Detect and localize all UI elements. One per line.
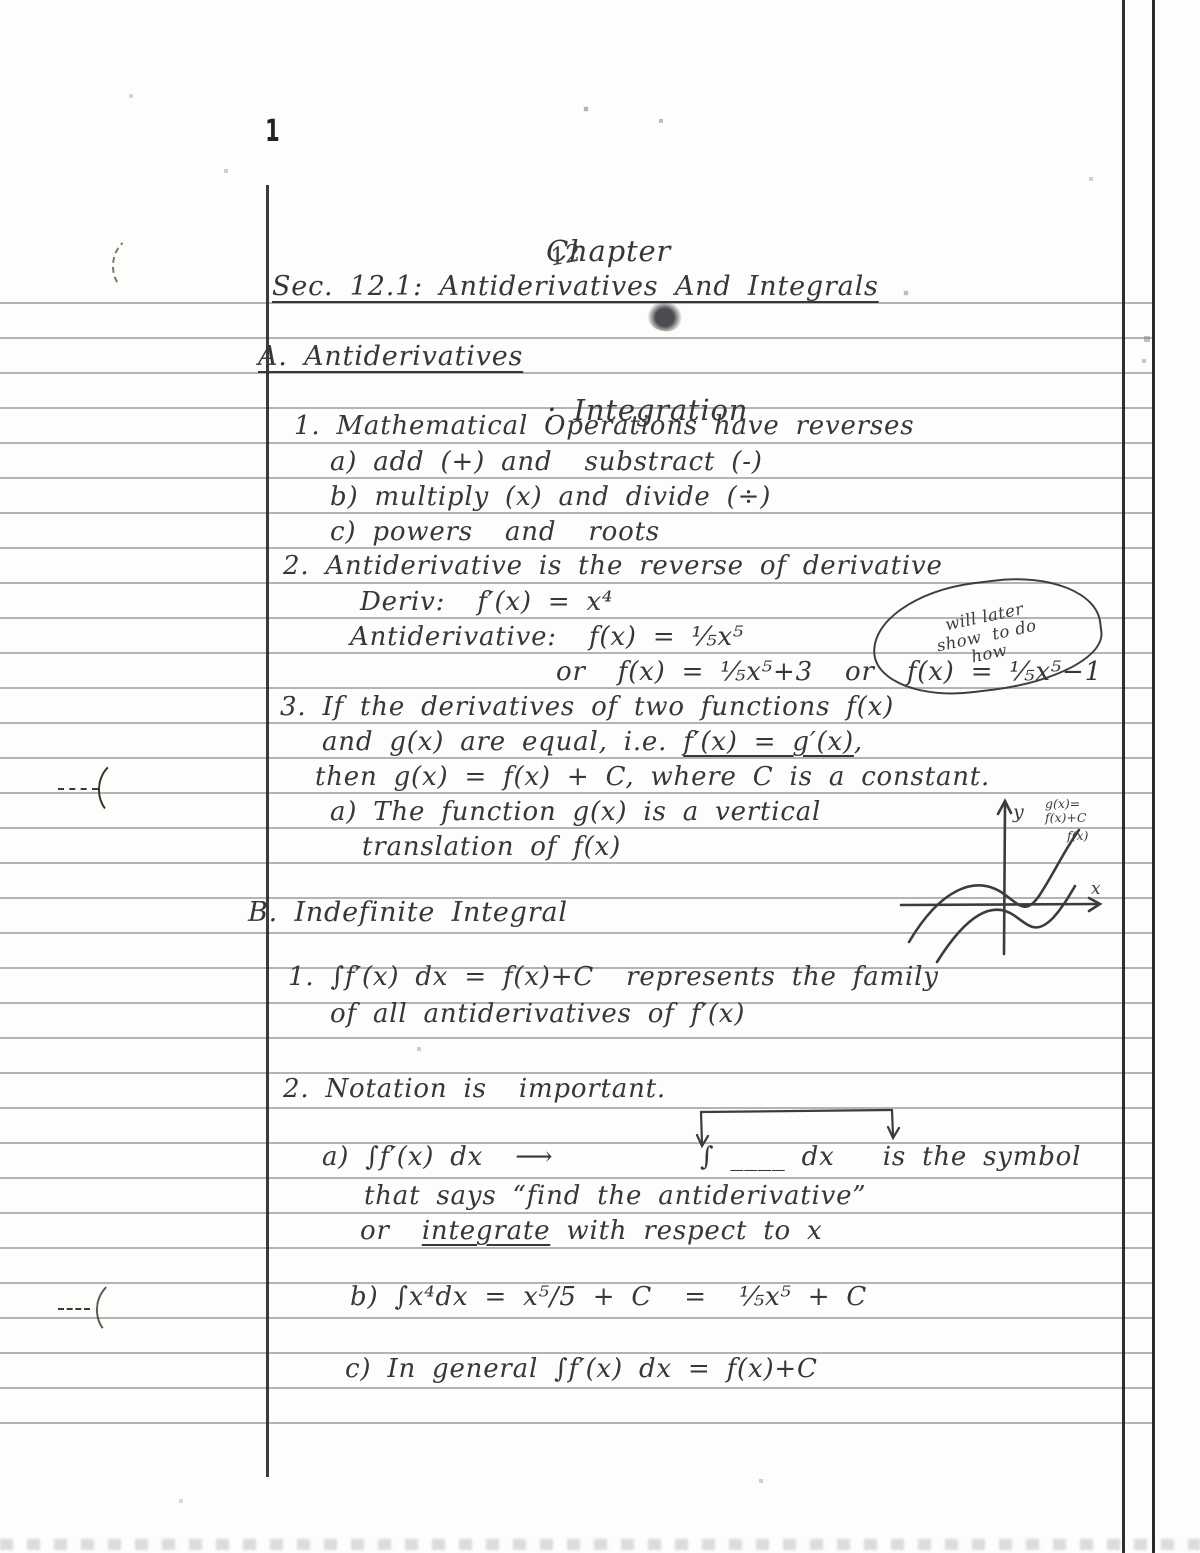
note-line: a) The function g(x) is a vertical [330, 798, 821, 827]
note-line: a) add (+) and substract (-) [330, 448, 763, 477]
bracket-annotation [694, 1104, 914, 1148]
curve-g-label-1: g(x)= [1045, 796, 1080, 811]
note-line: c) powers and roots [330, 518, 660, 547]
y-axis [1004, 804, 1005, 954]
punch-hole-bottom [94, 1278, 147, 1340]
heading-a-antiderivatives: A. Antiderivatives [258, 342, 523, 372]
page-number: 1 [265, 114, 280, 149]
note-line: a) ∫f′(x) dx ⟶ [322, 1143, 553, 1172]
punch-hole-middle [96, 758, 148, 819]
y-axis-label: y [1012, 801, 1024, 823]
note-line: 1. ∫f′(x) dx = f(x)+C represents the fam… [288, 963, 939, 992]
note-line-post: with respect to x [550, 1216, 822, 1246]
note-line: Antiderivative: f(x) = ⅕x⁵ [350, 623, 744, 652]
note-line: and g(x) are equal, i.e. f′(x) = g′(x), [322, 728, 863, 757]
note-line: 2. Notation is important. [283, 1075, 666, 1104]
note-line: c) In general ∫f′(x) dx = f(x)+C [345, 1355, 818, 1384]
heading-b-indefinite-integral: B. Indefinite Integral [248, 898, 568, 928]
note-line-underlined: integrate [422, 1216, 551, 1246]
curve-f [937, 886, 1075, 962]
note-line-post: , [854, 727, 863, 757]
note-line: b) ∫x⁴dx = x⁵/5 + C = ⅕x⁵ + C [350, 1283, 867, 1312]
page-edge-line-outer [1152, 0, 1155, 1553]
punch-hole-bottom-dash [58, 1308, 90, 1310]
bottom-bleedthrough-text [0, 1539, 1200, 1550]
note-line: 1. Mathematical Operations have reverses [294, 412, 914, 441]
x-axis-label: x [1091, 879, 1101, 899]
margin-line [266, 185, 269, 1477]
note-line: 3. If the derivatives of two functions f… [280, 693, 894, 722]
x-axis [901, 904, 1098, 905]
scanned-notebook-page: 1 Chapter 12 : Integration Sec. 12.1: An… [0, 0, 1200, 1553]
curve-g-label-2: f(x)+C [1044, 810, 1087, 825]
note-line-underlined: f′(x) = g′(x) [683, 727, 854, 757]
note-line: translation of f(x) [362, 833, 621, 862]
punch-hole-middle-dash [58, 788, 98, 790]
note-line: b) multiply (x) and divide (÷) [330, 483, 771, 512]
curve-g [909, 830, 1079, 942]
page-edge-line-inner [1122, 0, 1125, 1553]
scribbled-out-number [645, 297, 684, 333]
graph-sketch: y x g(x)= f(x)+C f(x) [893, 792, 1111, 967]
punch-hole-top [109, 234, 163, 297]
note-line: of all antiderivatives of f′(x) [330, 1000, 745, 1029]
note-line: 2. Antiderivative is the reverse of deri… [283, 552, 943, 581]
circled-note-line: how [970, 642, 1009, 668]
note-line: or integrate with respect to x [360, 1217, 823, 1246]
section-heading: Sec. 12.1: Antiderivatives And Integrals [272, 272, 879, 302]
note-line: Deriv: f′(x) = x⁴ [360, 588, 613, 617]
paper-specks [0, 0, 2, 2]
note-line: that says “find the antiderivative” [364, 1182, 866, 1211]
note-line: then g(x) = f(x) + C, where C is a const… [315, 763, 990, 792]
corrected-chapter-number: 12 [548, 239, 583, 270]
note-line-pre: and g(x) are equal, i.e. [322, 727, 683, 757]
note-line-pre: or [360, 1216, 422, 1246]
curve-f-label: f(x) [1066, 828, 1089, 843]
